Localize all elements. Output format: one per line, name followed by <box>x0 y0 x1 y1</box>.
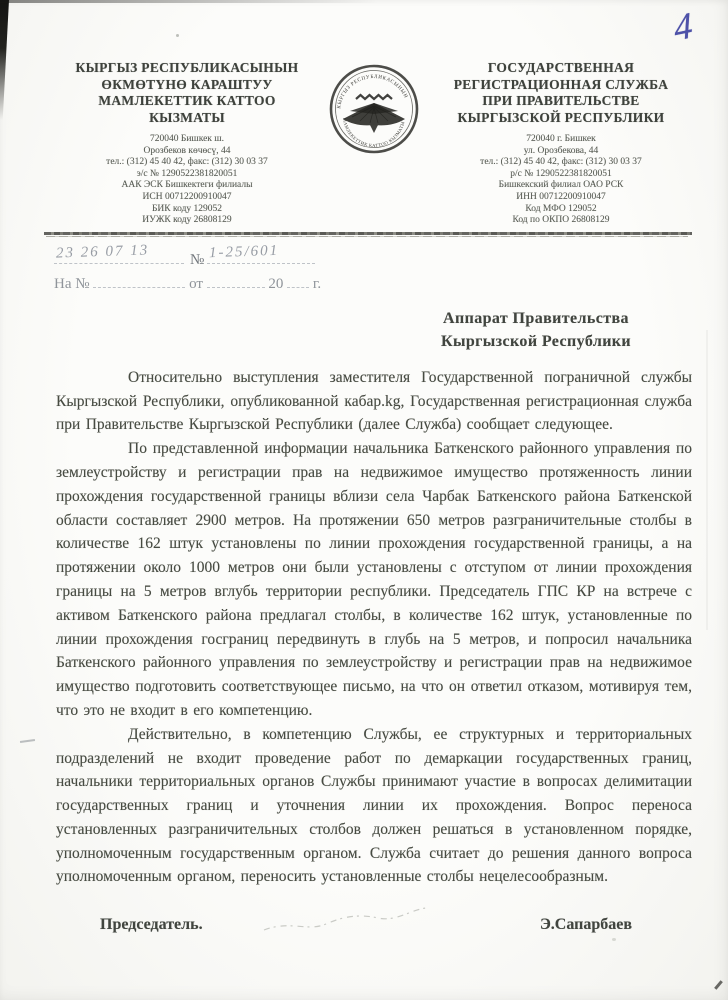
addressee-line: Аппарат Правительства <box>386 307 686 330</box>
contact-line: 720040 Бишкек ш. <box>54 134 320 146</box>
org-block-russian: ГОСУДАРСТВЕННАЯ РЕГИСТРАЦИОННАЯ СЛУЖБА П… <box>428 60 694 227</box>
scanned-letter-page: 4 КЫРГЫЗ РЕСПУБЛИКАСЫНЫН ӨКМӨТҮНӨ КАРАШТ… <box>0 0 728 1000</box>
contact-line: БИК коду 129052 <box>54 204 320 216</box>
org-name-line: РЕГИСТРАЦИОННАЯ СЛУЖБА <box>428 77 694 94</box>
contact-line: 720040 г. Бишкек <box>428 134 694 146</box>
letterhead-divider <box>44 232 692 235</box>
org-name-line: МАМЛЕКЕТТИК КАТТОО <box>54 93 320 110</box>
org-name-line: КЫРГЫЗСКОЙ РЕСПУБЛИКИ <box>428 110 694 127</box>
number-sign: № <box>190 252 204 268</box>
org-name-line: ГОСУДАРСТВЕННАЯ <box>428 60 694 77</box>
org-name-russian: ГОСУДАРСТВЕННАЯ РЕГИСТРАЦИОННАЯ СЛУЖБА П… <box>428 60 694 126</box>
na-number-label: На № <box>54 276 90 292</box>
year-blank <box>287 271 309 288</box>
org-name-kyrgyz: КЫРГЫЗ РЕСПУБЛИКАСЫНЫН ӨКМӨТҮНӨ КАРАШТУУ… <box>54 60 320 126</box>
ot-label: от <box>189 276 203 292</box>
contact-line: тел.: (312) 45 40 42, факс: (312) 30 03 … <box>428 157 694 169</box>
contact-line: Орозбеков көчөсү, 44 <box>54 146 320 158</box>
incoming-number-blank <box>93 271 185 288</box>
org-name-line: ПРИ ПРАВИТЕЛЬСТВЕ <box>428 93 694 110</box>
outgoing-ref-line: 23 26 07 13 № 1-25/601 <box>54 247 364 271</box>
handwritten-number: 1-25/601 <box>209 243 280 262</box>
margin-pencil-mark <box>20 739 35 743</box>
letterhead-divider-thin <box>46 236 688 237</box>
body-paragraph: Относительно выступления заместителя Гос… <box>56 366 692 437</box>
state-seal-icon: КЫРГЫЗ РЕСПУБЛИКАСЫНЫН МАМЛЕКЕТТИК КАТТО… <box>326 62 422 163</box>
org-name-line: КЫРГЫЗ РЕСПУБЛИКАСЫНЫН <box>54 60 320 77</box>
year-prefix: 20 <box>268 276 283 292</box>
org-contact-russian: 720040 г. Бишкек ул. Орозбекова, 44 тел.… <box>428 134 694 227</box>
contact-line: р/с № 1290522381820051 <box>428 169 694 181</box>
scan-speck <box>612 938 616 941</box>
contact-line: тел.: (312) 45 40 42, факс: (312) 30 03 … <box>54 157 320 169</box>
letterhead: КЫРГЫЗ РЕСПУБЛИКАСЫНЫН ӨКМӨТҮНӨ КАРАШТУУ… <box>0 0 728 227</box>
handwritten-page-number: 4 <box>671 4 694 51</box>
org-name-line: ӨКМӨТҮНӨ КАРАШТУУ <box>54 77 320 94</box>
outgoing-date-blank: 23 26 07 13 <box>54 247 184 264</box>
contact-line: Код по ОКПО 26808129 <box>428 215 694 227</box>
handwritten-date: 23 26 07 13 <box>56 242 150 262</box>
incoming-date-blank <box>207 271 265 288</box>
outgoing-number-blank: 1-25/601 <box>207 247 315 264</box>
contact-line: э/с № 1290522381820051 <box>54 169 320 181</box>
addressee-line: Кыргызской Республики <box>386 330 686 353</box>
addressee-block: Аппарат Правительства Кыргызской Республ… <box>386 307 686 353</box>
contact-line: ул. Орозбекова, 44 <box>428 146 694 158</box>
org-contact-kyrgyz: 720040 Бишкек ш. Орозбеков көчөсү, 44 те… <box>54 134 320 227</box>
year-suffix: г. <box>313 276 321 292</box>
contact-line: ИНН 00712200910047 <box>428 192 694 204</box>
body-paragraph: Действительно, в компетенцию Службы, ее … <box>56 723 692 890</box>
seal-eagle-figure <box>343 95 405 133</box>
scan-edge-shadow <box>0 0 379 3</box>
contact-line: ИСН 00712200910047 <box>54 192 320 204</box>
contact-line: Бишкекский филиал ОАО РСК <box>428 180 694 192</box>
scan-speck <box>176 34 179 37</box>
scan-corner-mark <box>714 980 723 990</box>
contact-line: ААК ЭСК Бишкектеги филиалы <box>54 180 320 192</box>
scan-streak <box>706 330 708 630</box>
signature-row: Председатель. Э.Сапарбаев <box>0 916 728 934</box>
org-name-line: КЫЗМАТЫ <box>54 110 320 127</box>
contact-line: ИУЖК коду 26808129 <box>54 215 320 227</box>
reference-block: 23 26 07 13 № 1-25/601 На № от 20 г. <box>54 247 364 295</box>
contact-line: Код МФО 129052 <box>428 204 694 216</box>
incoming-ref-line: На № от 20 г. <box>54 271 364 295</box>
org-block-kyrgyz: КЫРГЫЗ РЕСПУБЛИКАСЫНЫН ӨКМӨТҮНӨ КАРАШТУУ… <box>54 60 320 227</box>
letter-body: Относительно выступления заместителя Гос… <box>56 366 692 890</box>
signer-name: Э.Сапарбаев <box>540 916 632 934</box>
signer-title: Председатель. <box>100 916 203 934</box>
body-paragraph: По представленной информации начальника … <box>56 437 692 723</box>
